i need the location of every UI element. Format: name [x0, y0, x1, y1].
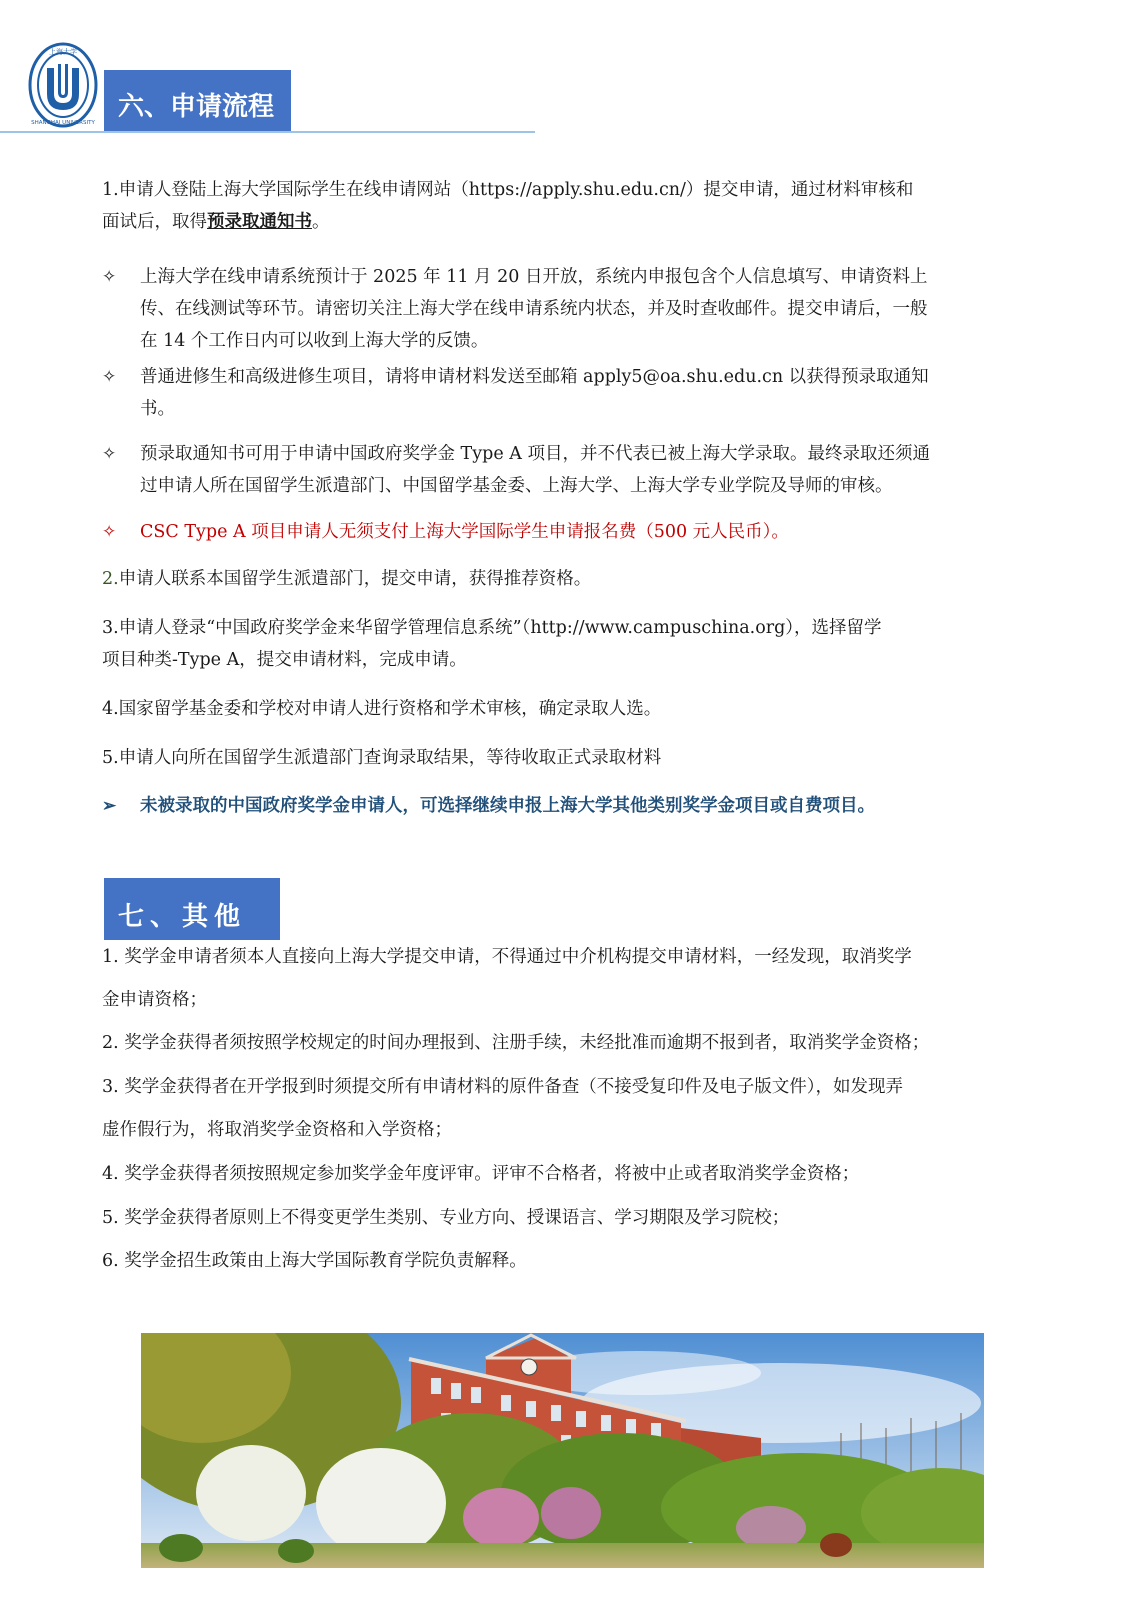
- section-heading-other: 七、其他: [104, 878, 280, 940]
- university-emblem-icon: 上海大学 SHANGHAI UNIVERSITY: [28, 42, 98, 128]
- campus-photo: [141, 1333, 984, 1568]
- step-1-line1: 1.申请人登陆上海大学国际学生在线申请网站（https://apply.shu.…: [102, 174, 1012, 206]
- other-item-4: 4. 奖学金获得者须按照规定参加奖学金年度评审。评审不合格者，将被中止或者取消奖…: [102, 1153, 1012, 1196]
- header-divider: [0, 131, 535, 133]
- other-item-2: 2. 奖学金获得者须按照学校规定的时间办理报到、注册手续，未经批准而逾期不报到者…: [102, 1022, 1012, 1065]
- note-not-admitted: ➢ 未被录取的中国政府奖学金申请人，可选择继续申报上海大学其他类别奖学金项目或自…: [102, 790, 1012, 822]
- other-item-6: 6. 奖学金招生政策由上海大学国际教育学院负责解释。: [102, 1240, 1012, 1283]
- diamond-bullet-icon: ✧: [102, 261, 140, 357]
- diamond-bullet-icon: ✧: [102, 361, 140, 425]
- bullet-online-system: ✧ 上海大学在线申请系统预计于 2025 年 11 月 20 日开放，系统内申报…: [102, 261, 1012, 357]
- svg-text:上海大学: 上海大学: [49, 47, 77, 56]
- step-1: 1.申请人登陆上海大学国际学生在线申请网站（https://apply.shu.…: [102, 174, 1012, 238]
- campus-building-image: [141, 1333, 984, 1568]
- other-item-3: 3. 奖学金获得者在开学报到时须提交所有申请材料的原件备查（不接受复印件及电子版…: [102, 1066, 1012, 1152]
- section-heading-application-process: 六、申请流程: [104, 70, 291, 131]
- other-item-1: 1. 奖学金申请者须本人直接向上海大学提交申请，不得通过中介机构提交申请材料，一…: [102, 936, 1012, 1022]
- arrowhead-bullet-icon: ➢: [102, 790, 140, 822]
- step-3: 3.申请人登录“中国政府奖学金来华留学管理信息系统”（http://www.ca…: [102, 612, 882, 676]
- email-line: 普通进修生和高级进修生项目，请将申请材料发送至邮箱 apply5@oa.shu.…: [140, 361, 1012, 393]
- svg-text:SHANGHAI UNIVERSITY: SHANGHAI UNIVERSITY: [31, 120, 95, 126]
- section-title: 六、申请流程: [118, 86, 274, 123]
- diamond-bullet-icon: ✧: [102, 438, 140, 502]
- step-2: 2.申请人联系本国留学生派遣部门，提交申请，获得推荐资格。: [102, 563, 591, 595]
- section-title: 七、其他: [118, 896, 246, 933]
- other-item-5: 5. 奖学金获得者原则上不得变更学生类别、专业方向、授课语言、学习期限及学习院校…: [102, 1197, 1012, 1240]
- bullet-pre-admission-note: ✧ 预录取通知书可用于申请中国政府奖学金 Type A 项目，并不代表已被上海大…: [102, 438, 1012, 502]
- step-5: 5.申请人向所在国留学生派遣部门查询录取结果，等待收取正式录取材料: [102, 742, 661, 774]
- step-4: 4.国家留学基金委和学校对申请人进行资格和学术审核，确定录取人选。: [102, 693, 661, 725]
- diamond-bullet-icon: ✧: [102, 516, 140, 548]
- bullet-fee-waiver: ✧ CSC Type A 项目申请人无须支付上海大学国际学生申请报名费（500 …: [102, 516, 1012, 548]
- shanghai-university-logo: 上海大学 SHANGHAI UNIVERSITY: [28, 42, 98, 128]
- bullet-visiting-scholar: ✧ 普通进修生和高级进修生项目，请将申请材料发送至邮箱 apply5@oa.sh…: [102, 361, 1012, 425]
- step-1-line2: 面试后，取得预录取通知书。: [102, 206, 1012, 238]
- pre-admission-letter-term: 预录取通知书: [207, 212, 312, 232]
